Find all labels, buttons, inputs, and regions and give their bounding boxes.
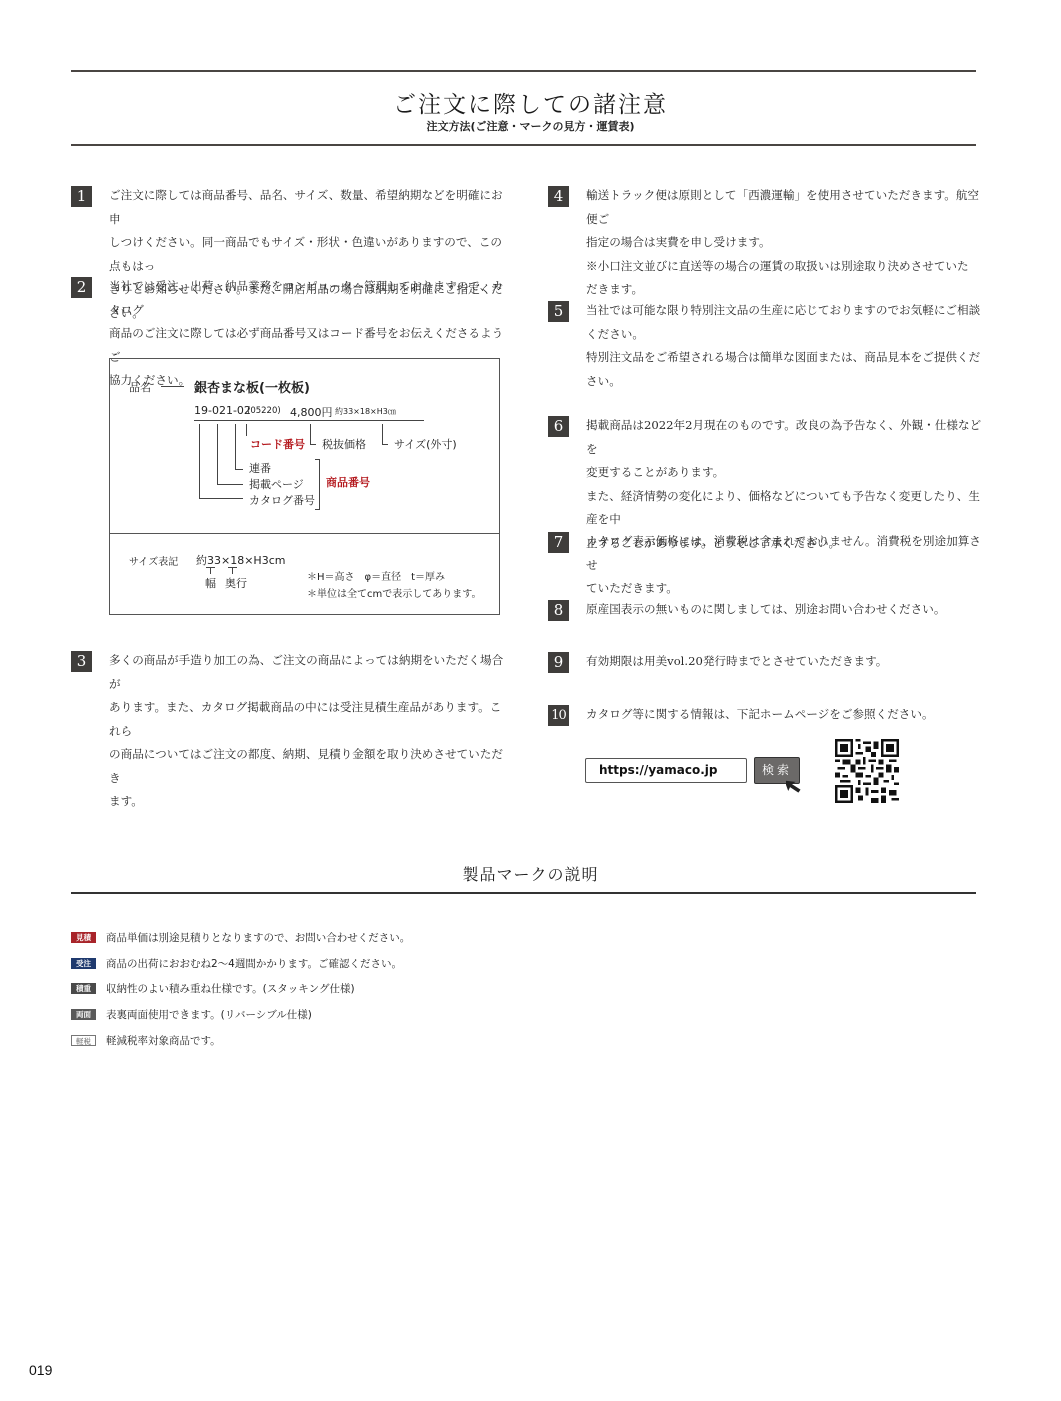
- notice-line: ください。: [586, 323, 980, 347]
- stacking-badge: 積重: [71, 983, 96, 994]
- page-label: 掲載ページ: [249, 476, 304, 492]
- width-tick-v: [210, 567, 211, 574]
- notice-line: だきます。: [586, 278, 988, 302]
- mark-description: 表裏両面使用できます。(リバーシブル仕様): [106, 1007, 312, 1022]
- notice-line: 特別注文品をご希望される場合は簡単な図面または、商品見本をご提供くだ: [586, 346, 980, 370]
- notice-text: 有効期限は用美vol.20発行時までとさせていただきます。: [586, 650, 887, 674]
- notice-line: カタログ等に関する情報は、下記ホームページをご参照ください。: [586, 703, 934, 727]
- order-badge: 受注: [71, 958, 96, 969]
- top-rule: [71, 70, 976, 72]
- name-connector-line: [161, 386, 184, 387]
- bracket-vertical: [319, 459, 320, 509]
- mark-row-order: 受注 商品の出荷におおむね2～4週間かかります。ご確認ください。: [71, 956, 402, 970]
- size-connector: [382, 424, 383, 444]
- serial-label: 連番: [249, 460, 271, 476]
- notice-5: 5 当社では可能な限り特別注文品の生産に応じておりますのでお気軽にご相談 くださ…: [548, 299, 988, 393]
- notice-7: 7 カタログ表示価格には、消費税は含まれておりません。消費税を別途加算させ てい…: [548, 530, 988, 601]
- website-url-box[interactable]: https://yamaco.jp: [585, 758, 747, 783]
- reversible-badge: 両面: [71, 1009, 96, 1020]
- notice-text: 当社では可能な限り特別注文品の生産に応じておりますのでお気軽にご相談 ください。…: [586, 299, 980, 393]
- code-number: (05220): [247, 406, 281, 416]
- width-label: 幅: [205, 575, 216, 591]
- cursor-arrow-icon: [786, 776, 806, 796]
- notice-line: 当社では受注、出荷、納品業務をコンピューター管理しておりますので、カタログ: [109, 275, 511, 322]
- mark-description: 軽減税率対象商品です。: [106, 1033, 221, 1048]
- price-connector-h: [310, 444, 316, 445]
- page-title: ご注文に際しての諸注意: [0, 86, 1061, 119]
- notice-line: 当社では可能な限り特別注文品の生産に応じておりますのでお気軽にご相談: [586, 299, 980, 323]
- notice-line: さい。: [586, 370, 980, 394]
- notice-number-badge: 2: [71, 277, 92, 298]
- size-note-1: ＊H＝高さ φ＝直径 t＝厚み: [307, 568, 445, 583]
- size-notation-label: サイズ表記: [129, 553, 178, 568]
- notice-line: また、経済情勢の変化により、価格などについても予告なく変更したり、生産を中: [586, 485, 988, 532]
- qr-code-icon[interactable]: [835, 739, 899, 803]
- mark-row-reversible: 両面 表裏両面使用できます。(リバーシブル仕様): [71, 1007, 312, 1021]
- notice-line: あります。また、カタログ掲載商品の中には受注見積生産品があります。これら: [109, 696, 511, 743]
- price-connector: [310, 424, 311, 444]
- notice-line: 多くの商品が手造り加工の為、ご注文の商品によっては納期をいただく場合が: [109, 649, 511, 696]
- depth-tick-v: [232, 567, 233, 574]
- notice-line: しつけください。同一商品でもサイズ・形状・色違いがありますので、この点もはっ: [109, 231, 511, 278]
- page-number: 019: [29, 1362, 52, 1378]
- notice-line: 掲載商品は2022年2月現在のものです。改良の為予告なく、外観・仕様などを: [586, 414, 988, 461]
- notice-text: 輸送トラック便は原則として「西濃運輸」を使用させていただきます。航空便ご 指定の…: [586, 184, 988, 302]
- product-number-diagram: 品名 銀杏まな板(一枚板) 19-021-02 (05220) 4,800円 約…: [109, 358, 500, 615]
- notice-line: ます。: [109, 790, 511, 814]
- notice-number-badge: 10: [548, 705, 569, 726]
- notice-line: ていただきます。: [586, 577, 988, 601]
- estimate-badge: 見積: [71, 932, 96, 943]
- header-bottom-rule: [71, 144, 976, 146]
- notice-8: 8 原産国表示の無いものに関しましては、別途お問い合わせください。: [548, 598, 988, 622]
- notice-line: 原産国表示の無いものに関しましては、別途お問い合わせください。: [586, 598, 945, 622]
- item-number-label: 商品番号: [326, 474, 370, 490]
- page-subtitle: 注文方法(ご注意・マークの見方・運賃表): [0, 118, 1061, 134]
- notice-number-badge: 1: [71, 186, 92, 207]
- notice-number-badge: 8: [548, 600, 569, 621]
- mark-row-reduced-tax: 軽税 軽減税率対象商品です。: [71, 1033, 221, 1047]
- notice-text: 原産国表示の無いものに関しましては、別途お問い合わせください。: [586, 598, 945, 622]
- size-value: 約33×18×H3㎝: [335, 406, 396, 417]
- mark-description: 商品単価は別途見積りとなりますので、お問い合わせください。: [106, 930, 410, 945]
- size-connector-h: [382, 444, 388, 445]
- page-connector: [217, 424, 218, 484]
- bracket-bottom: [315, 509, 320, 510]
- mark-description: 収納性のよい積み重ね仕様です。(スタッキング仕様): [106, 981, 355, 996]
- marks-rule: [71, 892, 976, 894]
- notice-text: カタログ表示価格には、消費税は含まれておりません。消費税を別途加算させ ていただ…: [586, 530, 988, 601]
- code-connector: [246, 424, 247, 436]
- marks-section-title: 製品マークの説明: [0, 862, 1061, 885]
- size-label: サイズ(外寸): [394, 436, 457, 452]
- notice-4: 4 輸送トラック便は原則として「西濃運輸」を使用させていただきます。航空便ご 指…: [548, 184, 988, 302]
- catalog-connector-h: [199, 498, 243, 499]
- notice-number-badge: 5: [548, 301, 569, 322]
- notice-line: ※小口注文並びに直送等の場合の運賃の取扱いは別途取り決めさせていた: [586, 255, 988, 279]
- mark-row-stacking: 積重 収納性のよい積み重ね仕様です。(スタッキング仕様): [71, 981, 355, 995]
- notice-line: 輸送トラック便は原則として「西濃運輸」を使用させていただきます。航空便ご: [586, 184, 988, 231]
- notice-number-badge: 4: [548, 186, 569, 207]
- notice-line: 有効期限は用美vol.20発行時までとさせていただきます。: [586, 650, 887, 674]
- notice-line: の商品についてはご注文の都度、納期、見積り金額を取り決めさせていただき: [109, 743, 511, 790]
- code-number-label: コード番号: [250, 436, 305, 452]
- product-name: 銀杏まな板(一枚板): [194, 377, 310, 396]
- mark-row-estimate: 見積 商品単価は別途見積りとなりますので、お問い合わせください。: [71, 930, 410, 944]
- page-connector-h: [217, 484, 243, 485]
- diagram-divider: [110, 533, 499, 534]
- notice-text: カタログ等に関する情報は、下記ホームページをご参照ください。: [586, 703, 934, 727]
- notice-10: 10 カタログ等に関する情報は、下記ホームページをご参照ください。: [548, 703, 988, 727]
- serial-connector: [235, 424, 236, 469]
- notice-line: ご注文に際しては商品番号、品名、サイズ、数量、希望納期などを明確にお申: [109, 184, 511, 231]
- product-number: 19-021-02: [194, 404, 251, 417]
- depth-label: 奥行: [225, 575, 247, 591]
- catalog-label: カタログ番号: [249, 492, 315, 508]
- mark-description: 商品の出荷におおむね2～4週間かかります。ご確認ください。: [106, 956, 402, 971]
- reduced-tax-badge: 軽税: [71, 1035, 96, 1046]
- notice-number-badge: 3: [71, 651, 92, 672]
- size-note-2: ＊単位は全てcmで表示してあります。: [307, 585, 481, 600]
- notice-number-badge: 9: [548, 652, 569, 673]
- serial-connector-h: [235, 469, 243, 470]
- catalog-connector: [199, 424, 200, 498]
- notice-number-badge: 6: [548, 416, 569, 437]
- price-label: 税抜価格: [322, 436, 366, 452]
- notice-9: 9 有効期限は用美vol.20発行時までとさせていただきます。: [548, 650, 988, 674]
- notice-number-badge: 7: [548, 532, 569, 553]
- notice-line: カタログ表示価格には、消費税は含まれておりません。消費税を別途加算させ: [586, 530, 988, 577]
- name-label: 品名: [129, 379, 151, 395]
- notice-line: 変更することがあります。: [586, 461, 988, 485]
- price-value: 4,800円: [290, 404, 333, 420]
- size-example: 約33×18×H3cm: [196, 552, 285, 568]
- notice-text: 多くの商品が手造り加工の為、ご注文の商品によっては納期をいただく場合が あります…: [109, 649, 511, 814]
- notice-3: 3 多くの商品が手造り加工の為、ご注文の商品によっては納期をいただく場合が あり…: [71, 649, 511, 814]
- number-underline: [194, 420, 424, 421]
- notice-line: 指定の場合は実費を申し受けます。: [586, 231, 988, 255]
